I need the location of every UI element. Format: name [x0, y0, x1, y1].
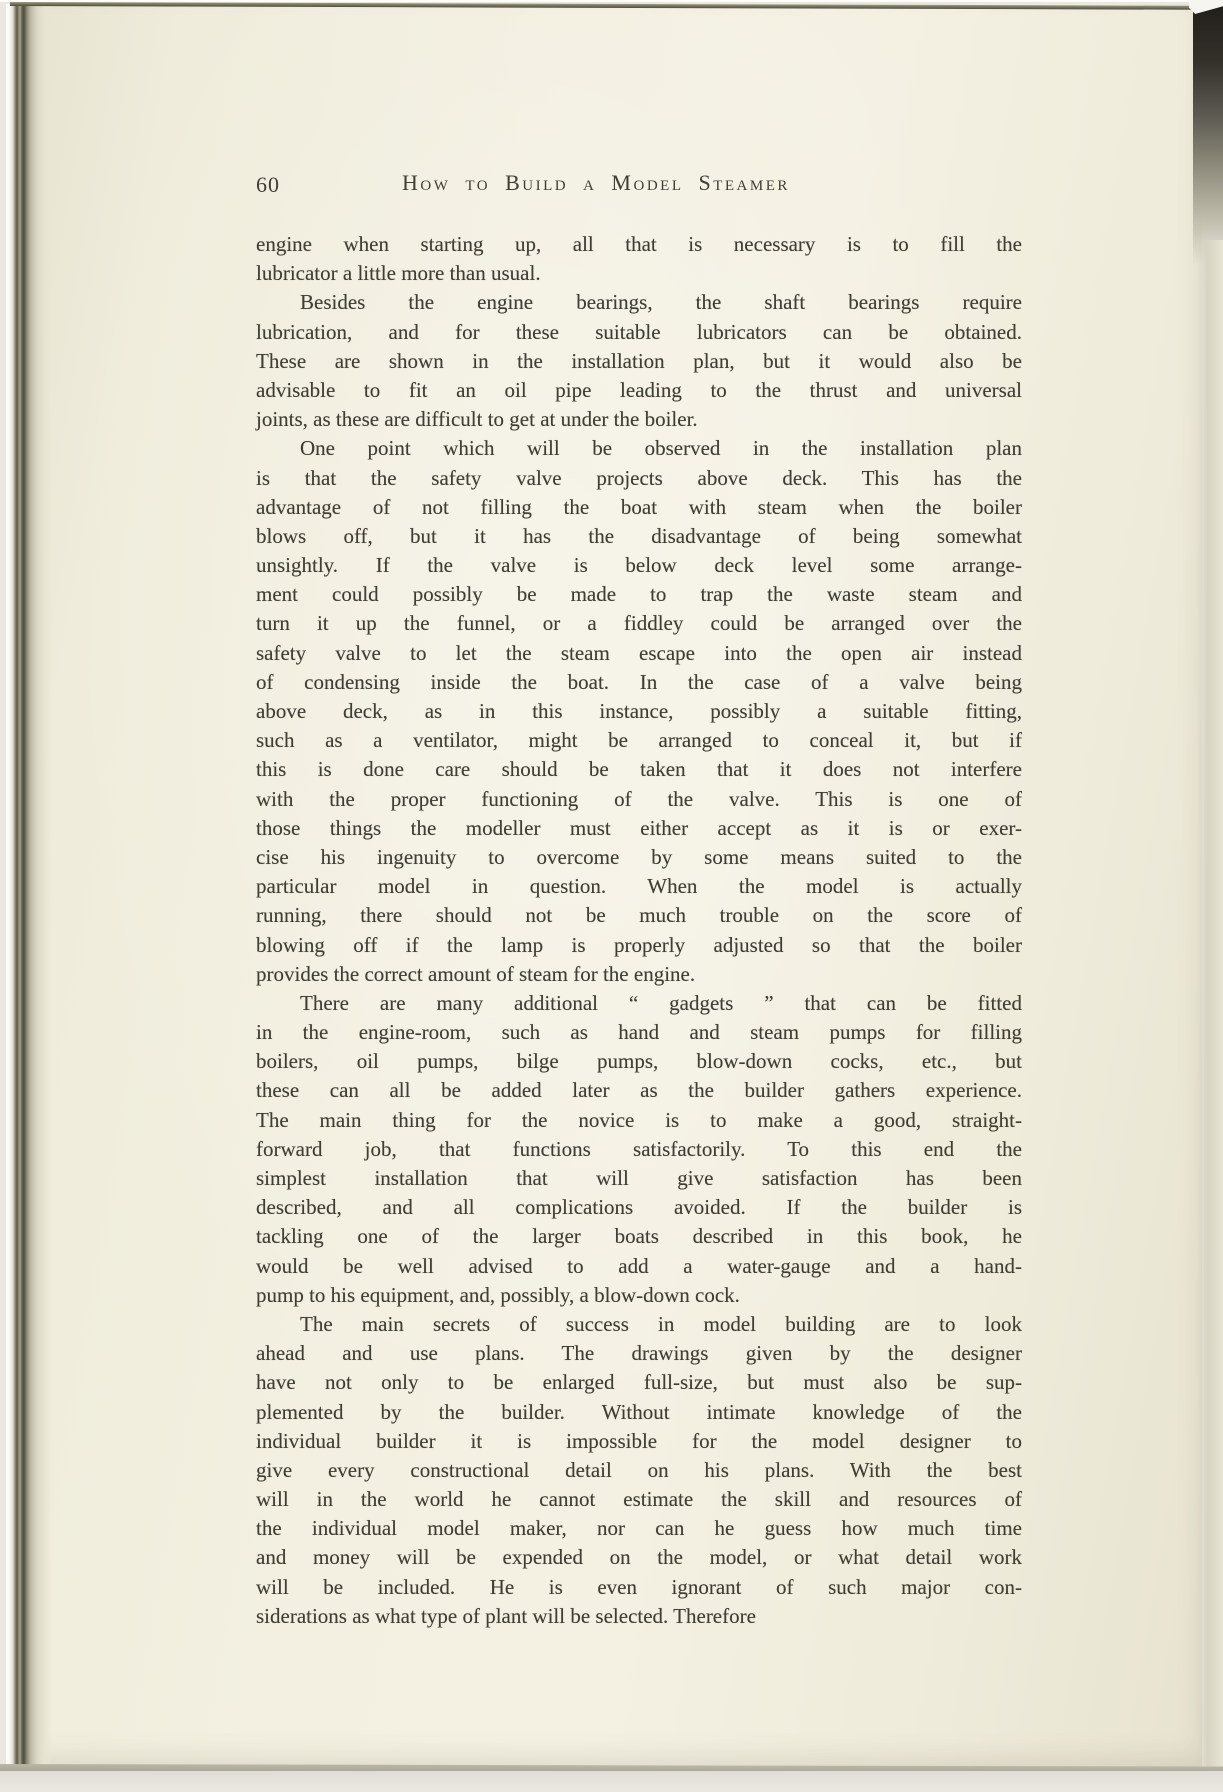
text-line: with the proper functioning of the valve…: [256, 785, 1022, 814]
page-body-text: engine when starting up, all that is nec…: [256, 230, 1022, 1631]
text-line: such as a ventilator, might be arranged …: [256, 726, 1022, 755]
text-line: above deck, as in this instance, possibl…: [256, 697, 1022, 726]
page-header: 60 How to Build a Model Steamer: [6, 172, 1223, 206]
text-line: this is done care should be taken that i…: [256, 755, 1022, 784]
text-line: lubricator a little more than usual.: [256, 259, 1022, 288]
text-line: forward job, that functions satisfactori…: [256, 1135, 1022, 1164]
text-line: individual builder it is impossible for …: [256, 1427, 1022, 1456]
running-title: How to Build a Model Steamer: [402, 170, 790, 196]
paragraph: The main secrets of success in model bui…: [256, 1310, 1022, 1631]
text-line: pump to his equipment, and, possibly, a …: [256, 1281, 1022, 1310]
text-line: joints, as these are difficult to get at…: [256, 405, 1022, 434]
text-line: will in the world he cannot estimate the…: [256, 1485, 1022, 1514]
paragraph: Besides the engine bearings, the shaft b…: [256, 288, 1022, 434]
paragraph: One point which will be observed in the …: [256, 434, 1022, 989]
text-line: in the engine-room, such as hand and ste…: [256, 1018, 1022, 1047]
text-line: cise his ingenuity to overcome by some m…: [256, 843, 1022, 872]
text-line: will be included. He is even ignorant of…: [256, 1573, 1022, 1602]
page-number: 60: [256, 172, 280, 198]
text-line: safety valve to let the steam escape int…: [256, 639, 1022, 668]
text-line: would be well advised to add a water-gau…: [256, 1252, 1022, 1281]
book-spine-edge: [6, 4, 52, 1772]
paragraph: There are many additional “ gadgets ” th…: [256, 989, 1022, 1310]
paragraph: engine when starting up, all that is nec…: [256, 230, 1022, 288]
text-line: blowing off if the lamp is properly adju…: [256, 931, 1022, 960]
text-line: is that the safety valve projects above …: [256, 464, 1022, 493]
below-page-surface: [0, 1771, 1223, 1792]
text-line: simplest installation that will give sat…: [256, 1164, 1022, 1193]
text-line: particular model in question. When the m…: [256, 872, 1022, 901]
text-line: tackling one of the larger boats describ…: [256, 1222, 1022, 1251]
text-line: give every constructional detail on his …: [256, 1456, 1022, 1485]
text-line: There are many additional “ gadgets ” th…: [256, 989, 1022, 1018]
text-line: these can all be added later as the buil…: [256, 1076, 1022, 1105]
text-line: advisable to fit an oil pipe leading to …: [256, 376, 1022, 405]
text-line: the individual model maker, nor can he g…: [256, 1514, 1022, 1543]
text-line: of condensing inside the boat. In the ca…: [256, 668, 1022, 697]
text-line: unsightly. If the valve is below deck le…: [256, 551, 1022, 580]
text-line: those things the modeller must either ac…: [256, 814, 1022, 843]
text-line: ahead and use plans. The drawings given …: [256, 1339, 1022, 1368]
text-line: provides the correct amount of steam for…: [256, 960, 1022, 989]
text-line: These are shown in the installation plan…: [256, 347, 1022, 376]
text-line: The main secrets of success in model bui…: [256, 1310, 1022, 1339]
text-line: running, there should not be much troubl…: [256, 901, 1022, 930]
book-page: 60 How to Build a Model Steamer engine w…: [6, 4, 1202, 1772]
text-line: siderations as what type of plant will b…: [256, 1602, 1022, 1631]
text-line: described, and all complications avoided…: [256, 1193, 1022, 1222]
text-line: plemented by the builder. Without intima…: [256, 1398, 1022, 1427]
text-line: and money will be expended on the model,…: [256, 1543, 1022, 1572]
page-right-edge: [1197, 240, 1223, 1768]
text-line: lubrication, and for these suitable lubr…: [256, 318, 1022, 347]
text-line: have not only to be enlarged full-size, …: [256, 1368, 1022, 1397]
scanned-book-page-screenshot: 60 How to Build a Model Steamer engine w…: [0, 0, 1223, 1792]
text-line: The main thing for the novice is to make…: [256, 1106, 1022, 1135]
text-line: boilers, oil pumps, bilge pumps, blow-do…: [256, 1047, 1022, 1076]
page-corner-shade: [1193, 5, 1223, 265]
text-line: blows off, but it has the disadvantage o…: [256, 522, 1022, 551]
text-line: advantage of not filling the boat with s…: [256, 493, 1022, 522]
text-line: Besides the engine bearings, the shaft b…: [256, 288, 1022, 317]
text-line: turn it up the funnel, or a fiddley coul…: [256, 609, 1022, 638]
text-line: engine when starting up, all that is nec…: [256, 230, 1022, 259]
text-line: One point which will be observed in the …: [256, 434, 1022, 463]
text-line: ment could possibly be made to trap the …: [256, 580, 1022, 609]
